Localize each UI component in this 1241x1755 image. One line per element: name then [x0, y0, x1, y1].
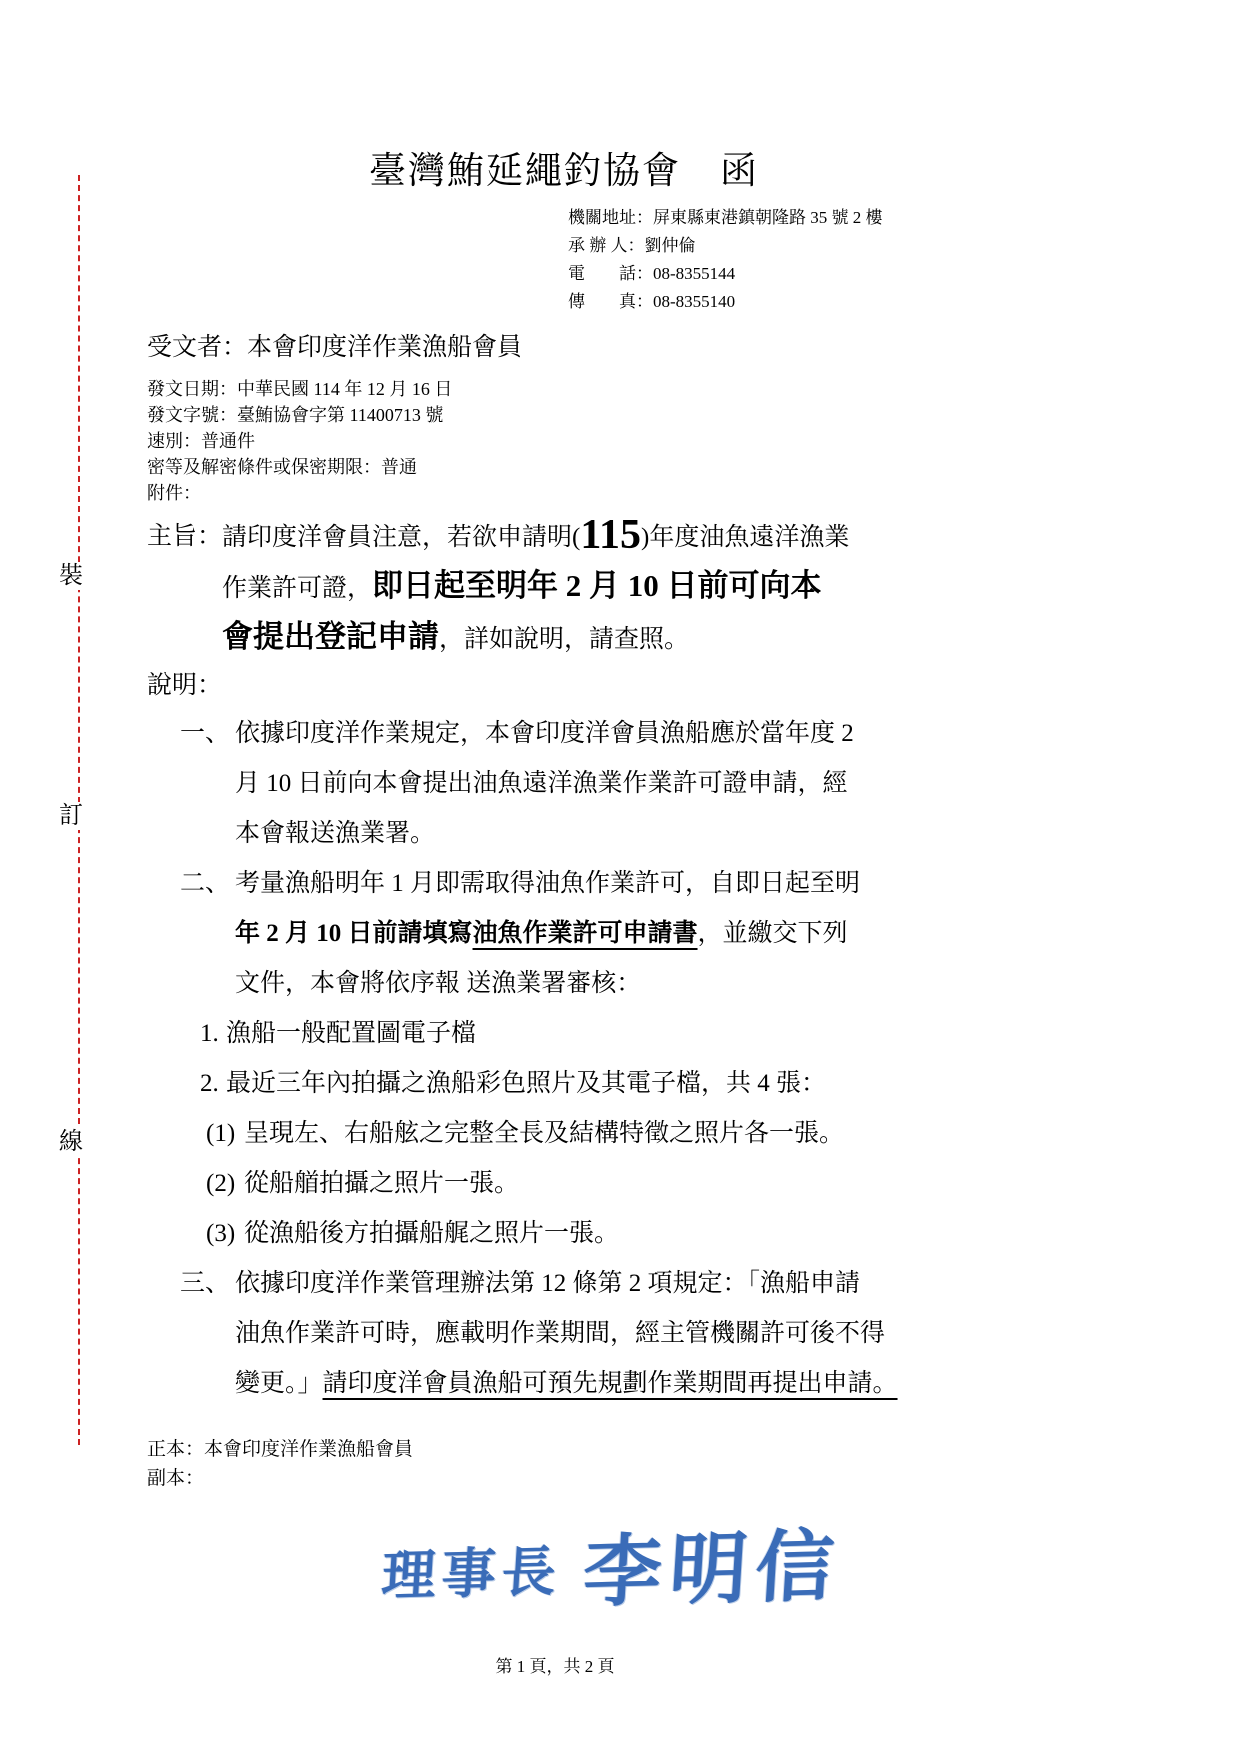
- text-segment: 年 2 月 10 日前請填寫: [235, 920, 473, 947]
- copy-recipient: 副本：: [147, 1464, 1035, 1493]
- explanation-item: (2)從船艏拍攝之照片一張。: [206, 1159, 1035, 1209]
- text-segment: 呈現左、右船舷之完整全長及結構特徵之照片各一張。: [244, 1120, 844, 1147]
- text-segment: ，並繳交下列: [698, 920, 848, 947]
- agency-contact-info: 機關地址：屏東縣東港鎮朝隆路 35 號 2 樓 承 辦 人：劉仲倫 電 話：08…: [568, 204, 1035, 316]
- text-segment: 115: [580, 512, 641, 558]
- item-line: 呈現左、右船舷之完整全長及結構特徵之照片各一張。: [244, 1109, 1035, 1159]
- binding-mark-xian: 線: [55, 1128, 87, 1156]
- item-marker: 2.: [200, 1059, 226, 1109]
- text-segment: 考量漁船明年 1 月即需取得油魚作業許可，自即日起至明: [235, 870, 860, 897]
- document-meta: 發文日期：中華民國 114 年 12 月 16 日 發文字號：臺鮪協會字第 11…: [147, 376, 1035, 506]
- phone-number: 電 話：08-8355144: [568, 260, 1035, 288]
- binding-mark-zhuang: 裝: [55, 562, 87, 590]
- item-marker: 1.: [200, 1009, 226, 1059]
- explanation-item: 二、考量漁船明年 1 月即需取得油魚作業許可，自即日起至明年 2 月 10 日前…: [180, 859, 1035, 1009]
- item-marker: (1): [206, 1109, 244, 1159]
- signature-title: 理事長: [380, 1528, 565, 1610]
- security-level: 密等及解密條件或保密期限：普通: [147, 454, 1035, 480]
- signature-name: 李明信: [581, 1503, 846, 1622]
- page-number: 第 1 頁，共 2 頁: [0, 1652, 1110, 1677]
- text-segment: )年度油魚遠洋漁業: [641, 524, 849, 551]
- attachment-line: 附件：: [147, 480, 1035, 506]
- chairman-signature-stamp: 理事長 李明信: [379, 1498, 1039, 1627]
- text-segment: 變更。」: [235, 1370, 323, 1397]
- text-segment: 會提出登記申請: [222, 619, 439, 654]
- text-segment: 油魚作業許可時，應載明作業期間，經主管機關許可後不得: [235, 1320, 885, 1347]
- item-line: 本會報送漁業署。: [235, 809, 1035, 859]
- item-marker: 一、: [180, 709, 235, 859]
- explanation-list: 一、依據印度洋作業規定，本會印度洋會員漁船應於當年度 2月 10 日前向本會提出…: [147, 709, 1035, 1409]
- item-line: 依據印度洋作業管理辦法第 12 條第 2 項規定：「漁船申請: [235, 1259, 1035, 1309]
- text-segment: 最近三年內拍攝之漁船彩色照片及其電子檔，共 4 張：: [226, 1070, 826, 1097]
- item-text: 依據印度洋作業規定，本會印度洋會員漁船應於當年度 2月 10 日前向本會提出油魚…: [235, 709, 1035, 859]
- item-text: 最近三年內拍攝之漁船彩色照片及其電子檔，共 4 張：: [226, 1059, 1035, 1109]
- explanation-item: 三、依據印度洋作業管理辦法第 12 條第 2 項規定：「漁船申請油魚作業許可時，…: [180, 1259, 1035, 1409]
- item-marker: (2): [206, 1159, 244, 1209]
- item-marker: (3): [206, 1209, 244, 1259]
- item-line: 依據印度洋作業規定，本會印度洋會員漁船應於當年度 2: [235, 709, 1035, 759]
- item-line: 油魚作業許可時，應載明作業期間，經主管機關許可後不得: [235, 1309, 1035, 1359]
- document-title: 臺灣鮪延繩釣協會 函: [369, 148, 1035, 196]
- text-segment: 月 10 日前向本會提出油魚遠洋漁業作業許可證申請，經: [235, 770, 848, 797]
- text-segment: 從漁船後方拍攝船艉之照片一張。: [244, 1220, 619, 1247]
- text-segment: 油魚作業許可申請書: [473, 920, 698, 947]
- item-line: 漁船一般配置圖電子檔: [226, 1009, 1035, 1059]
- item-text: 呈現左、右船舷之完整全長及結構特徵之照片各一張。: [244, 1109, 1035, 1159]
- explanation-item: 一、依據印度洋作業規定，本會印度洋會員漁船應於當年度 2月 10 日前向本會提出…: [180, 709, 1035, 859]
- text-segment: 作業許可證，: [222, 575, 372, 602]
- explanation-item: (1)呈現左、右船舷之完整全長及結構特徵之照片各一張。: [206, 1109, 1035, 1159]
- binding-mark-ding: 訂: [55, 802, 87, 830]
- letter-body: 臺灣鮪延繩釣協會 函 機關地址：屏東縣東港鎮朝隆路 35 號 2 樓 承 辦 人…: [147, 148, 1035, 1619]
- explanation-label: 說明：: [147, 663, 1035, 709]
- subject-line: 會提出登記申請，詳如說明，請查照。: [222, 612, 1035, 663]
- item-text: 從漁船後方拍攝船艉之照片一張。: [244, 1209, 1035, 1259]
- item-line: 變更。」請印度洋會員漁船可預先規劃作業期間再提出申請。: [235, 1359, 1035, 1409]
- text-segment: 漁船一般配置圖電子檔: [226, 1020, 476, 1047]
- text-segment: 請印度洋會員漁船可預先規劃作業期間再提出申請。: [323, 1370, 898, 1397]
- fax-number: 傳 真：08-8355140: [568, 288, 1035, 316]
- priority-level: 速別：普通件: [147, 428, 1035, 454]
- text-segment: 依據印度洋作業規定，本會印度洋會員漁船應於當年度 2: [235, 720, 854, 747]
- item-text: 從船艏拍攝之照片一張。: [244, 1159, 1035, 1209]
- explanation-item: (3)從漁船後方拍攝船艉之照片一張。: [206, 1209, 1035, 1259]
- agency-address: 機關地址：屏東縣東港鎮朝隆路 35 號 2 樓: [568, 204, 1035, 232]
- text-segment: 依據印度洋作業管理辦法第 12 條第 2 項規定：「漁船申請: [235, 1270, 860, 1297]
- issue-date: 發文日期：中華民國 114 年 12 月 16 日: [147, 376, 1035, 402]
- subject-text: 請印度洋會員注意，若欲申請明(115)年度油魚遠洋漁業作業許可證，即日起至明年 …: [222, 514, 1035, 663]
- item-marker: 二、: [180, 859, 235, 1009]
- subject-line: 請印度洋會員注意，若欲申請明(115)年度油魚遠洋漁業: [222, 514, 1035, 561]
- item-line: 文件，本會將依序報 送漁業署審核：: [235, 959, 1035, 1009]
- copies-section: 正本：本會印度洋作業漁船會員 副本：: [147, 1435, 1035, 1493]
- item-line: 月 10 日前向本會提出油魚遠洋漁業作業許可證申請，經: [235, 759, 1035, 809]
- text-segment: 從船艏拍攝之照片一張。: [244, 1170, 519, 1197]
- subject-section: 主旨： 請印度洋會員注意，若欲申請明(115)年度油魚遠洋漁業作業許可證，即日起…: [147, 514, 1035, 663]
- text-segment: ，詳如說明，請查照。: [439, 626, 689, 653]
- item-line: 從漁船後方拍攝船艉之照片一張。: [244, 1209, 1035, 1259]
- original-recipient: 正本：本會印度洋作業漁船會員: [147, 1435, 1035, 1464]
- item-line: 考量漁船明年 1 月即需取得油魚作業許可，自即日起至明: [235, 859, 1035, 909]
- text-segment: 請印度洋會員注意，若欲申請明(: [222, 524, 580, 551]
- item-text: 漁船一般配置圖電子檔: [226, 1009, 1035, 1059]
- item-text: 考量漁船明年 1 月即需取得油魚作業許可，自即日起至明年 2 月 10 日前請填…: [235, 859, 1035, 1009]
- item-marker: 三、: [180, 1259, 235, 1409]
- contact-person: 承 辦 人：劉仲倫: [568, 232, 1035, 260]
- text-segment: 本會報送漁業署。: [235, 820, 435, 847]
- item-text: 依據印度洋作業管理辦法第 12 條第 2 項規定：「漁船申請油魚作業許可時，應載…: [235, 1259, 1035, 1409]
- item-line: 最近三年內拍攝之漁船彩色照片及其電子檔，共 4 張：: [226, 1059, 1035, 1109]
- explanation-item: 1.漁船一般配置圖電子檔: [200, 1009, 1035, 1059]
- subject-label: 主旨：: [147, 514, 222, 663]
- item-line: 年 2 月 10 日前請填寫油魚作業許可申請書，並繳交下列: [235, 909, 1035, 959]
- recipient-line: 受文者：本會印度洋作業漁船會員: [147, 330, 1035, 366]
- explanation-item: 2.最近三年內拍攝之漁船彩色照片及其電子檔，共 4 張：: [200, 1059, 1035, 1109]
- text-segment: 文件，本會將依序報 送漁業署審核：: [235, 970, 641, 997]
- subject-line: 作業許可證，即日起至明年 2 月 10 日前可向本: [222, 561, 1035, 612]
- text-segment: 即日起至明年 2 月 10 日前可向本: [372, 568, 822, 603]
- item-line: 從船艏拍攝之照片一張。: [244, 1159, 1035, 1209]
- document-page: 裝 訂 線 臺灣鮪延繩釣協會 函 機關地址：屏東縣東港鎮朝隆路 35 號 2 樓…: [0, 0, 1241, 1755]
- reference-number: 發文字號：臺鮪協會字第 11400713 號: [147, 402, 1035, 428]
